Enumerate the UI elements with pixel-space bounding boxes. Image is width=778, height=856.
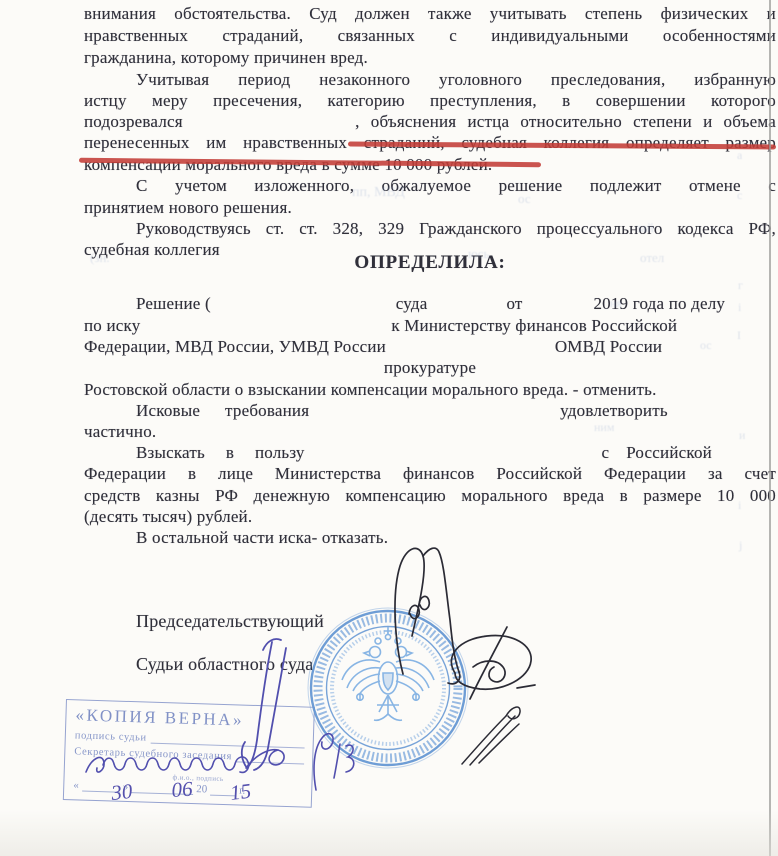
copy-verna-stamp: «КОПИЯ ВЕРНА» подпись судьи Секретарь су… xyxy=(63,699,315,808)
bleed-through-text: а xyxy=(737,148,742,163)
stamp-judge-label: подпись судьи xyxy=(75,730,147,743)
doc-text-segment: Исковые xyxy=(136,401,200,420)
doc-line: подозревался , объяснения истца относите… xyxy=(84,112,776,135)
doc-text-segment: к Министерству финансов Российской xyxy=(391,316,677,335)
doc-line: Решение ( суда от 2019 года по делу xyxy=(84,294,776,317)
redacted-gap xyxy=(209,456,221,458)
redacted-gap xyxy=(614,456,622,458)
doc-line: Федерации, МВД России, УМВД России ОМВД … xyxy=(84,337,776,360)
bleed-through-text: с xyxy=(737,188,742,203)
stamp-century: 20 xyxy=(196,783,207,795)
scanned-court-document-page: внимания обстоятельства. Суд должен такж… xyxy=(0,0,778,856)
doc-text-segment: суда xyxy=(396,294,428,313)
stamp-secretary-label: Секретарь судебного заседания xyxy=(74,746,232,762)
doc-text-segment: внимания обстоятельства. Суд должен такж… xyxy=(84,4,776,23)
stamp-title: «КОПИЯ ВЕРНА» xyxy=(75,705,314,732)
stamp-year-suffix: г. xyxy=(239,784,245,796)
doc-line: ОПРЕДЕЛИЛА: xyxy=(84,252,776,275)
doc-line: прокуратуре xyxy=(84,358,776,381)
bleed-through-text: пп, МВД xyxy=(352,185,405,201)
doc-text-segment: Учитывая период незаконного уголовного п… xyxy=(136,70,776,89)
doc-line: В остальной части иска- отказать. xyxy=(84,528,776,551)
doc-line: Судьи областного суда xyxy=(136,654,778,677)
doc-text-segment: с xyxy=(602,443,610,462)
doc-line: по иску к Министерству финансов Российск… xyxy=(84,316,776,339)
doc-text-segment: Федерации в лице Министерства финансов Р… xyxy=(84,464,776,483)
redacted-gap xyxy=(527,307,589,309)
redacted-gap xyxy=(314,414,556,416)
stamp-day-line xyxy=(82,779,120,793)
seal-text-band xyxy=(318,618,458,758)
redacted-gap xyxy=(215,307,391,309)
doc-text-segment: Решение ( xyxy=(136,294,211,313)
bleed-through-text: зай xyxy=(636,220,654,236)
stamp-year-line xyxy=(210,783,236,797)
seal-outer-ring xyxy=(311,611,465,765)
doc-text-segment: от xyxy=(506,294,522,313)
doc-text-segment: принятием нового решения. xyxy=(84,198,292,217)
doc-text-segment: истцу меру пресечения, категорию преступ… xyxy=(84,91,776,110)
stamp-secretary-row: Секретарь судебного заседания xyxy=(74,745,304,764)
seal-inner-text-ring xyxy=(332,632,444,744)
redacted-gap xyxy=(390,350,550,352)
doc-line: Учитывая период незаконного уголовного п… xyxy=(84,70,776,93)
doc-text-segment: Российской xyxy=(626,443,712,462)
redacted-gap xyxy=(194,125,344,127)
doc-line: Председательствующий xyxy=(136,611,778,634)
doc-line: Исковые требования удовлетворить xyxy=(84,401,776,424)
doc-line: Руководствуясь ст. ст. 328, 329 Гражданс… xyxy=(84,219,776,242)
doc-text-segment: подозревался xyxy=(84,112,183,131)
doc-line: Ростовской области о взыскании компенсац… xyxy=(84,380,776,403)
doc-text-segment: удовлетворить xyxy=(560,401,668,420)
doc-line: (десять тысяч) рублей. xyxy=(84,507,776,530)
redacted-gap xyxy=(239,456,251,458)
doc-text-segment: нравственных страданий, связанных с инди… xyxy=(84,26,776,45)
doc-line: Взыскать в пользу с Российской xyxy=(84,443,776,466)
bleed-through-text: ним xyxy=(594,420,614,435)
doc-text-segment: требования xyxy=(225,401,309,420)
bleed-through-text: ј xyxy=(739,538,742,553)
bleed-through-text: отел xyxy=(640,250,664,266)
redacted-gap xyxy=(205,414,221,416)
doc-line: гражданина, которому причинен вред. xyxy=(84,48,776,71)
doc-text-segment: пользу xyxy=(255,443,305,462)
stamp-secretary-line xyxy=(236,750,305,764)
stamp-month-line xyxy=(131,780,193,795)
doc-text-segment: частично. xyxy=(84,422,156,441)
doc-line: истцу меру пресечения, категорию преступ… xyxy=(84,91,776,114)
bleed-through-text: ос xyxy=(700,338,712,353)
judge-signature-2 xyxy=(462,707,520,765)
doc-text-segment: в xyxy=(226,443,234,462)
stamp-open-quote: « xyxy=(73,779,79,791)
bleed-through-text: і xyxy=(738,300,741,315)
doc-text-segment: по иску xyxy=(84,316,140,335)
doc-text-segment: ОМВД России xyxy=(555,337,662,356)
doc-text-segment: Ростовской области о взыскании компенсац… xyxy=(84,380,657,399)
stamp-close-quote: » xyxy=(123,781,129,793)
doc-text-segment: Судьи областного суда xyxy=(136,654,314,674)
redacted-gap xyxy=(309,456,597,458)
doc-text-segment: Председательствующий xyxy=(136,611,324,631)
doc-text-segment: (десять тысяч) рублей. xyxy=(84,507,252,526)
doc-text-segment: В остальной части иска- отказать. xyxy=(136,528,388,547)
doc-line: Федерации в лице Министерства финансов Р… xyxy=(84,464,776,487)
bleed-through-text: ос xyxy=(518,191,531,207)
bleed-through-text: ня xyxy=(610,296,622,311)
doc-text-segment: С учетом изложенного, обжалуемое решение… xyxy=(136,176,776,195)
doc-line: средств казны РФ денежную компенсацию мо… xyxy=(84,486,776,509)
doc-line: внимания обстоятельства. Суд должен такж… xyxy=(84,4,776,27)
scan-edge-line xyxy=(769,0,771,856)
redacted-gap xyxy=(432,307,502,309)
stamp-signature-line xyxy=(151,732,305,749)
doc-line: нравственных страданий, связанных с инди… xyxy=(84,26,776,49)
doc-line: С учетом изложенного, обжалуемое решение… xyxy=(84,176,776,199)
doc-text-segment: средств казны РФ денежную компенсацию мо… xyxy=(84,486,776,505)
bleed-through-text: (зн. xyxy=(90,250,110,266)
doc-text-segment: прокуратуре xyxy=(384,358,476,377)
redacted-gap xyxy=(145,329,387,331)
bleed-through-text: і xyxy=(738,498,741,513)
doc-text-segment: гражданина, которому причинен вред. xyxy=(84,48,368,67)
doc-line: принятием нового решения. xyxy=(84,198,776,221)
bleed-through-text: и xyxy=(739,428,745,443)
bleed-through-text: І xyxy=(737,328,741,343)
doc-line: частично. xyxy=(84,422,776,445)
doc-text-segment: Взыскать xyxy=(136,443,205,462)
doc-text-segment: , объяснения истца относительно степени … xyxy=(355,112,776,131)
bleed-through-text: г xyxy=(738,278,743,293)
bleed-through-text: юсь xyxy=(468,246,489,262)
doc-text-segment: Федерации, МВД России, УМВД России xyxy=(84,337,386,356)
doc-text-segment: Руководствуясь ст. ст. 328, 329 Гражданс… xyxy=(136,219,776,238)
seal-inner-ring xyxy=(327,627,450,750)
